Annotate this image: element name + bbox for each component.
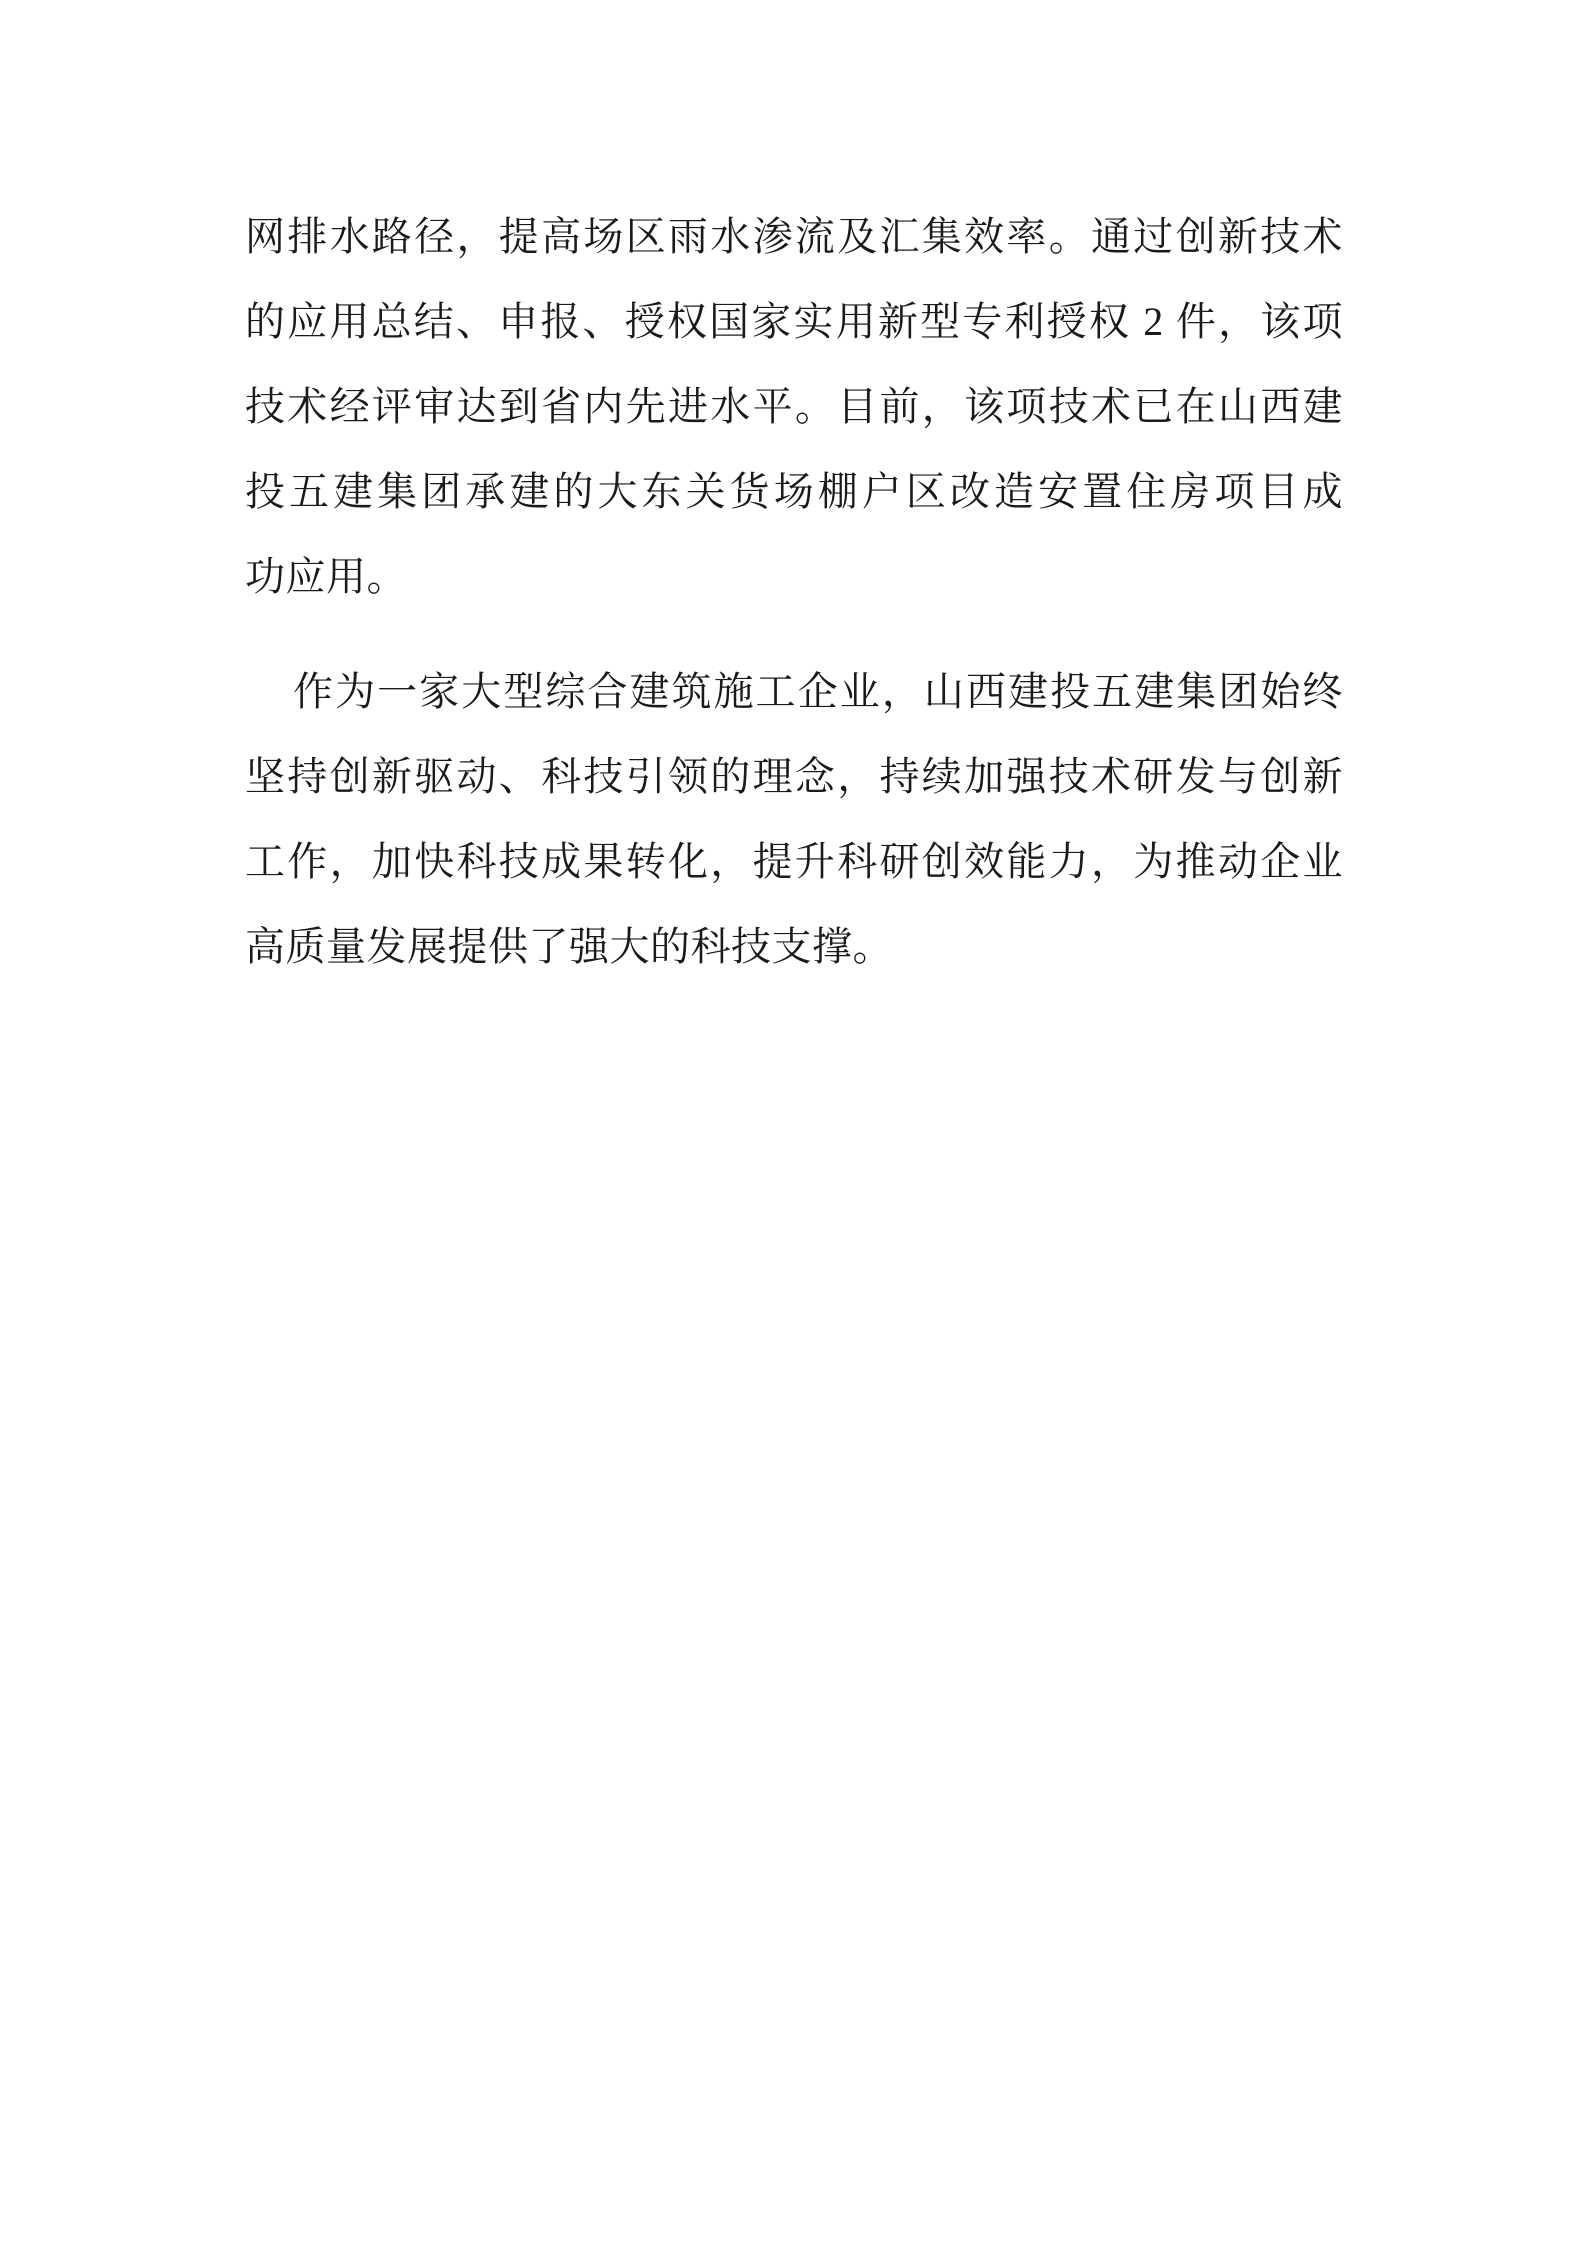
document-body: 网排水路径，提高场区雨水渗流及汇集效率。通过创新技术 的应用总结、申报、授权国家… xyxy=(245,194,1343,989)
text-line: 工作，加快科技成果转化，提升科研创效能力，为推动企业 xyxy=(245,819,1343,904)
paragraph-2: 作为一家大型综合建筑施工企业，山西建投五建集团始终 坚持创新驱动、科技引领的理念… xyxy=(245,649,1343,989)
paragraph-1: 网排水路径，提高场区雨水渗流及汇集效率。通过创新技术 的应用总结、申报、授权国家… xyxy=(245,194,1343,619)
text-line: 高质量发展提供了强大的科技支撑。 xyxy=(245,904,1343,989)
text-line: 投五建集团承建的大东关货场棚户区改造安置住房项目成 xyxy=(245,449,1343,534)
text-line: 的应用总结、申报、授权国家实用新型专利授权 2 件，该项 xyxy=(245,279,1343,364)
text-line: 网排水路径，提高场区雨水渗流及汇集效率。通过创新技术 xyxy=(245,194,1343,279)
document-page: 网排水路径，提高场区雨水渗流及汇集效率。通过创新技术 的应用总结、申报、授权国家… xyxy=(0,0,1587,2245)
text-line: 技术经评审达到省内先进水平。目前，该项技术已在山西建 xyxy=(245,364,1343,449)
text-line: 作为一家大型综合建筑施工企业，山西建投五建集团始终 xyxy=(245,649,1343,734)
text-line: 功应用。 xyxy=(245,534,1343,619)
text-line: 坚持创新驱动、科技引领的理念，持续加强技术研发与创新 xyxy=(245,734,1343,819)
